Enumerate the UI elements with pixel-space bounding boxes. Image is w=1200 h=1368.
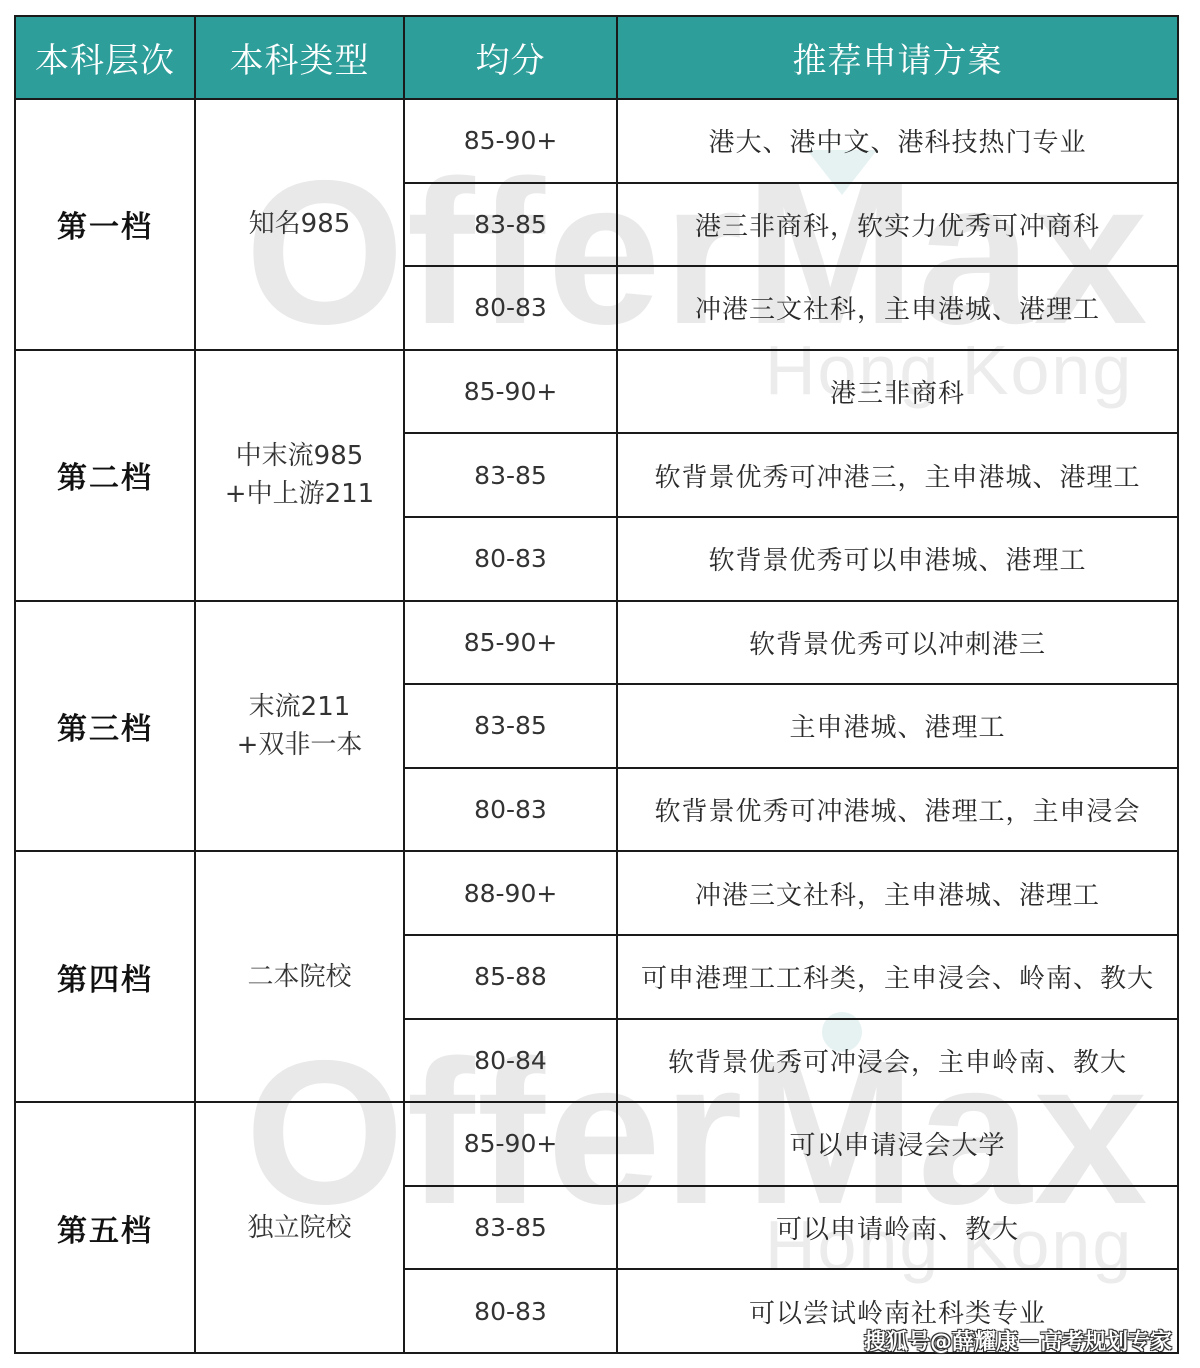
recommended-plan: 港大、港中文、港科技热门专业: [617, 99, 1178, 183]
score-range: 85-90+: [404, 601, 617, 685]
recommended-plan: 主申港城、港理工: [617, 684, 1178, 768]
school-type-line: +中上游211: [196, 475, 403, 513]
score-range: 83-85: [404, 433, 617, 517]
score-range: 85-90+: [404, 1102, 617, 1186]
school-type: 知名985: [195, 99, 404, 350]
table-row: 第二档 中末流985 +中上游211 85-90+ 港三非商科: [15, 350, 1178, 434]
school-type-line: 中末流985: [196, 437, 403, 475]
score-range: 80-83: [404, 768, 617, 852]
tier-label: 第四档: [15, 851, 195, 1102]
source-credit: 搜狐号@薛耀康－高考规划专家: [864, 1325, 1172, 1356]
recommended-plan: 可以申请浸会大学: [617, 1102, 1178, 1186]
score-range: 83-85: [404, 1186, 617, 1270]
header-tier: 本科层次: [15, 16, 195, 99]
table-row: 第五档 独立院校 85-90+ 可以申请浸会大学: [15, 1102, 1178, 1186]
application-plan-table: 本科层次 本科类型 均分 推荐申请方案 第一档 知名985 85-90+ 港大、…: [14, 15, 1179, 1354]
tier-label: 第三档: [15, 601, 195, 852]
score-range: 85-90+: [404, 99, 617, 183]
recommended-plan: 软背景优秀可冲浸会，主申岭南、教大: [617, 1019, 1178, 1103]
score-range: 80-84: [404, 1019, 617, 1103]
school-type-line: +双非一本: [196, 726, 403, 764]
score-range: 80-83: [404, 1269, 617, 1353]
recommended-plan: 可以申请岭南、教大: [617, 1186, 1178, 1270]
tier-label: 第一档: [15, 99, 195, 350]
recommended-plan: 软背景优秀可以冲刺港三: [617, 601, 1178, 685]
score-range: 80-83: [404, 517, 617, 601]
recommended-plan: 软背景优秀可以申港城、港理工: [617, 517, 1178, 601]
header-score: 均分: [404, 16, 617, 99]
score-range: 83-85: [404, 684, 617, 768]
score-range: 85-90+: [404, 350, 617, 434]
recommended-plan: 港三非商科，软实力优秀可冲商科: [617, 183, 1178, 267]
school-type-line: 独立院校: [196, 1209, 403, 1247]
table-row: 第四档 二本院校 88-90+ 冲港三文社科，主申港城、港理工: [15, 851, 1178, 935]
school-type-line: 知名985: [196, 205, 403, 243]
recommended-plan: 港三非商科: [617, 350, 1178, 434]
school-type: 末流211 +双非一本: [195, 601, 404, 852]
score-range: 80-83: [404, 266, 617, 350]
recommended-plan: 冲港三文社科，主申港城、港理工: [617, 266, 1178, 350]
header-type: 本科类型: [195, 16, 404, 99]
tier-label: 第二档: [15, 350, 195, 601]
school-type-line: 二本院校: [196, 958, 403, 996]
recommended-plan: 可申港理工工科类，主申浸会、岭南、教大: [617, 935, 1178, 1019]
tier-label: 第五档: [15, 1102, 195, 1353]
table-row: 第一档 知名985 85-90+ 港大、港中文、港科技热门专业: [15, 99, 1178, 183]
school-type: 独立院校: [195, 1102, 404, 1353]
table-header-row: 本科层次 本科类型 均分 推荐申请方案: [15, 16, 1178, 99]
score-range: 85-88: [404, 935, 617, 1019]
school-type: 中末流985 +中上游211: [195, 350, 404, 601]
recommended-plan: 冲港三文社科，主申港城、港理工: [617, 851, 1178, 935]
recommended-plan: 软背景优秀可冲港城、港理工，主申浸会: [617, 768, 1178, 852]
header-plan: 推荐申请方案: [617, 16, 1178, 99]
score-range: 83-85: [404, 183, 617, 267]
score-range: 88-90+: [404, 851, 617, 935]
recommended-plan: 软背景优秀可冲港三，主申港城、港理工: [617, 433, 1178, 517]
school-type-line: 末流211: [196, 688, 403, 726]
school-type: 二本院校: [195, 851, 404, 1102]
table-row: 第三档 末流211 +双非一本 85-90+ 软背景优秀可以冲刺港三: [15, 601, 1178, 685]
